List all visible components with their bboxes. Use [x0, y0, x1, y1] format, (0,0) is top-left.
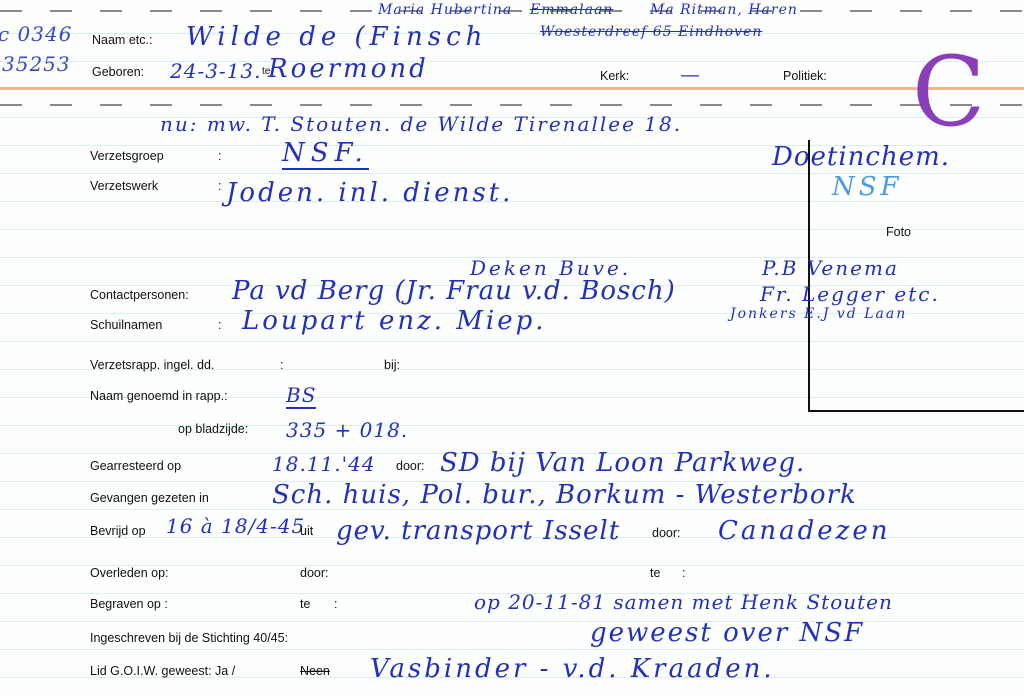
label-politiek: Politiek: — [783, 69, 827, 83]
value-contact-right-1: P.B Venema — [762, 256, 899, 280]
label-gearresteerd: Gearresteerd op — [90, 459, 181, 473]
label-bevrijd: Bevrijd op — [90, 524, 146, 538]
label-colon: : — [218, 318, 221, 332]
label-gevangen: Gevangen gezeten in — [90, 491, 209, 505]
value-verzetsgroep: NSF. — [282, 138, 369, 170]
label-contactpersonen: Contactpersonen: — [90, 288, 189, 302]
orange-rule — [0, 87, 1024, 90]
label-door: door: — [300, 566, 329, 580]
value-bevrijd-datum: 16 à 18/4-45 — [166, 514, 305, 538]
label-geboren: Geboren: — [92, 65, 144, 79]
label-naam-genoemd: Naam genoemd in rapp.: — [90, 389, 228, 403]
label-colon: : — [218, 179, 221, 193]
label-kerk: Kerk: — [600, 69, 629, 83]
value-address-struck: Emmalaan — [530, 2, 613, 18]
registration-number-1: c 0346 — [0, 22, 72, 46]
label-naam: Naam etc.: — [92, 33, 152, 47]
label-bij: bij: — [384, 358, 400, 372]
label-begraven: Begraven op : — [90, 597, 168, 611]
label-ingeschreven: Ingeschreven bij de Stichting 40/45: — [90, 631, 288, 645]
label-overleden: Overleden op: — [90, 566, 169, 580]
value-geboren-datum: 24-3-13. — [170, 59, 262, 83]
value-gearresteerd-datum: 18.11.'44 — [272, 452, 376, 476]
label-te: te — [650, 566, 660, 580]
dashed-divider — [0, 104, 1024, 106]
value-address-1: Ma Ritman, Haren — [650, 2, 798, 18]
label-verzetswerk: Verzetswerk — [90, 179, 158, 193]
value-contactpersonen: Pa vd Berg (Jr. Frau v.d. Bosch) — [232, 276, 676, 306]
value-naam-above: Maria Hubertina — [378, 2, 512, 18]
value-contact-right-3: Jonkers E.J vd Laan — [730, 306, 907, 322]
label-verzetsrapp: Verzetsrapp. ingel. dd. — [90, 358, 214, 372]
value-goiw: Vasbinder - v.d. Kraaden. — [370, 654, 775, 684]
value-geboren-plaats: Roermond — [268, 54, 429, 84]
value-bevrijd-uit: gev. transport Isselt — [336, 516, 620, 546]
value-naam: Wilde de (Finsch — [186, 22, 487, 52]
value-gearresteerd-door: SD bij Van Loon Parkweg. — [440, 448, 805, 478]
value-note-1: op 20-11-81 samen met Henk Stouten — [474, 590, 893, 614]
value-schuilnamen: Loupart enz. Miep. — [242, 306, 547, 336]
stamp-letter: C — [912, 44, 985, 140]
label-op-bladzijde: op bladzijde: — [178, 422, 248, 436]
label-colon: : — [334, 597, 337, 611]
label-te: te — [300, 597, 310, 611]
label-colon: : — [218, 149, 221, 163]
label-door: door: — [396, 459, 425, 473]
label-verzetsgroep: Verzetsgroep — [90, 149, 164, 163]
label-neen-struck: Neen — [300, 664, 330, 678]
photo-label: Foto — [886, 225, 911, 239]
value-verzetswerk: Joden. inl. dienst. — [226, 178, 513, 208]
value-address-2: Woesterdreef 65 Eindhoven — [540, 24, 762, 40]
label-uit: uit — [300, 524, 313, 538]
value-bevrijd-door: Canadezen — [718, 516, 891, 546]
value-nu: nu: mw. T. Stouten. de Wilde Tirenallee … — [160, 112, 682, 136]
label-schuilnamen: Schuilnamen — [90, 318, 162, 332]
value-contact-right-2: Fr. Legger etc. — [760, 282, 940, 306]
value-gevangen: Sch. huis, Pol. bur., Borkum - Westerbor… — [272, 480, 857, 510]
label-lid-goiw: Lid G.O.I.W. geweest: Ja / — [90, 664, 235, 678]
value-note-2: geweest over NSF — [590, 618, 864, 648]
value-naam-genoemd: BS — [286, 383, 316, 409]
value-kerk: — — [680, 62, 701, 86]
label-door: door: — [652, 526, 681, 540]
label-colon: : — [682, 566, 685, 580]
registration-number-2: 35253 — [2, 52, 71, 76]
label-colon: : — [280, 358, 283, 372]
value-op-bladzijde: 335 + 018. — [286, 418, 408, 442]
